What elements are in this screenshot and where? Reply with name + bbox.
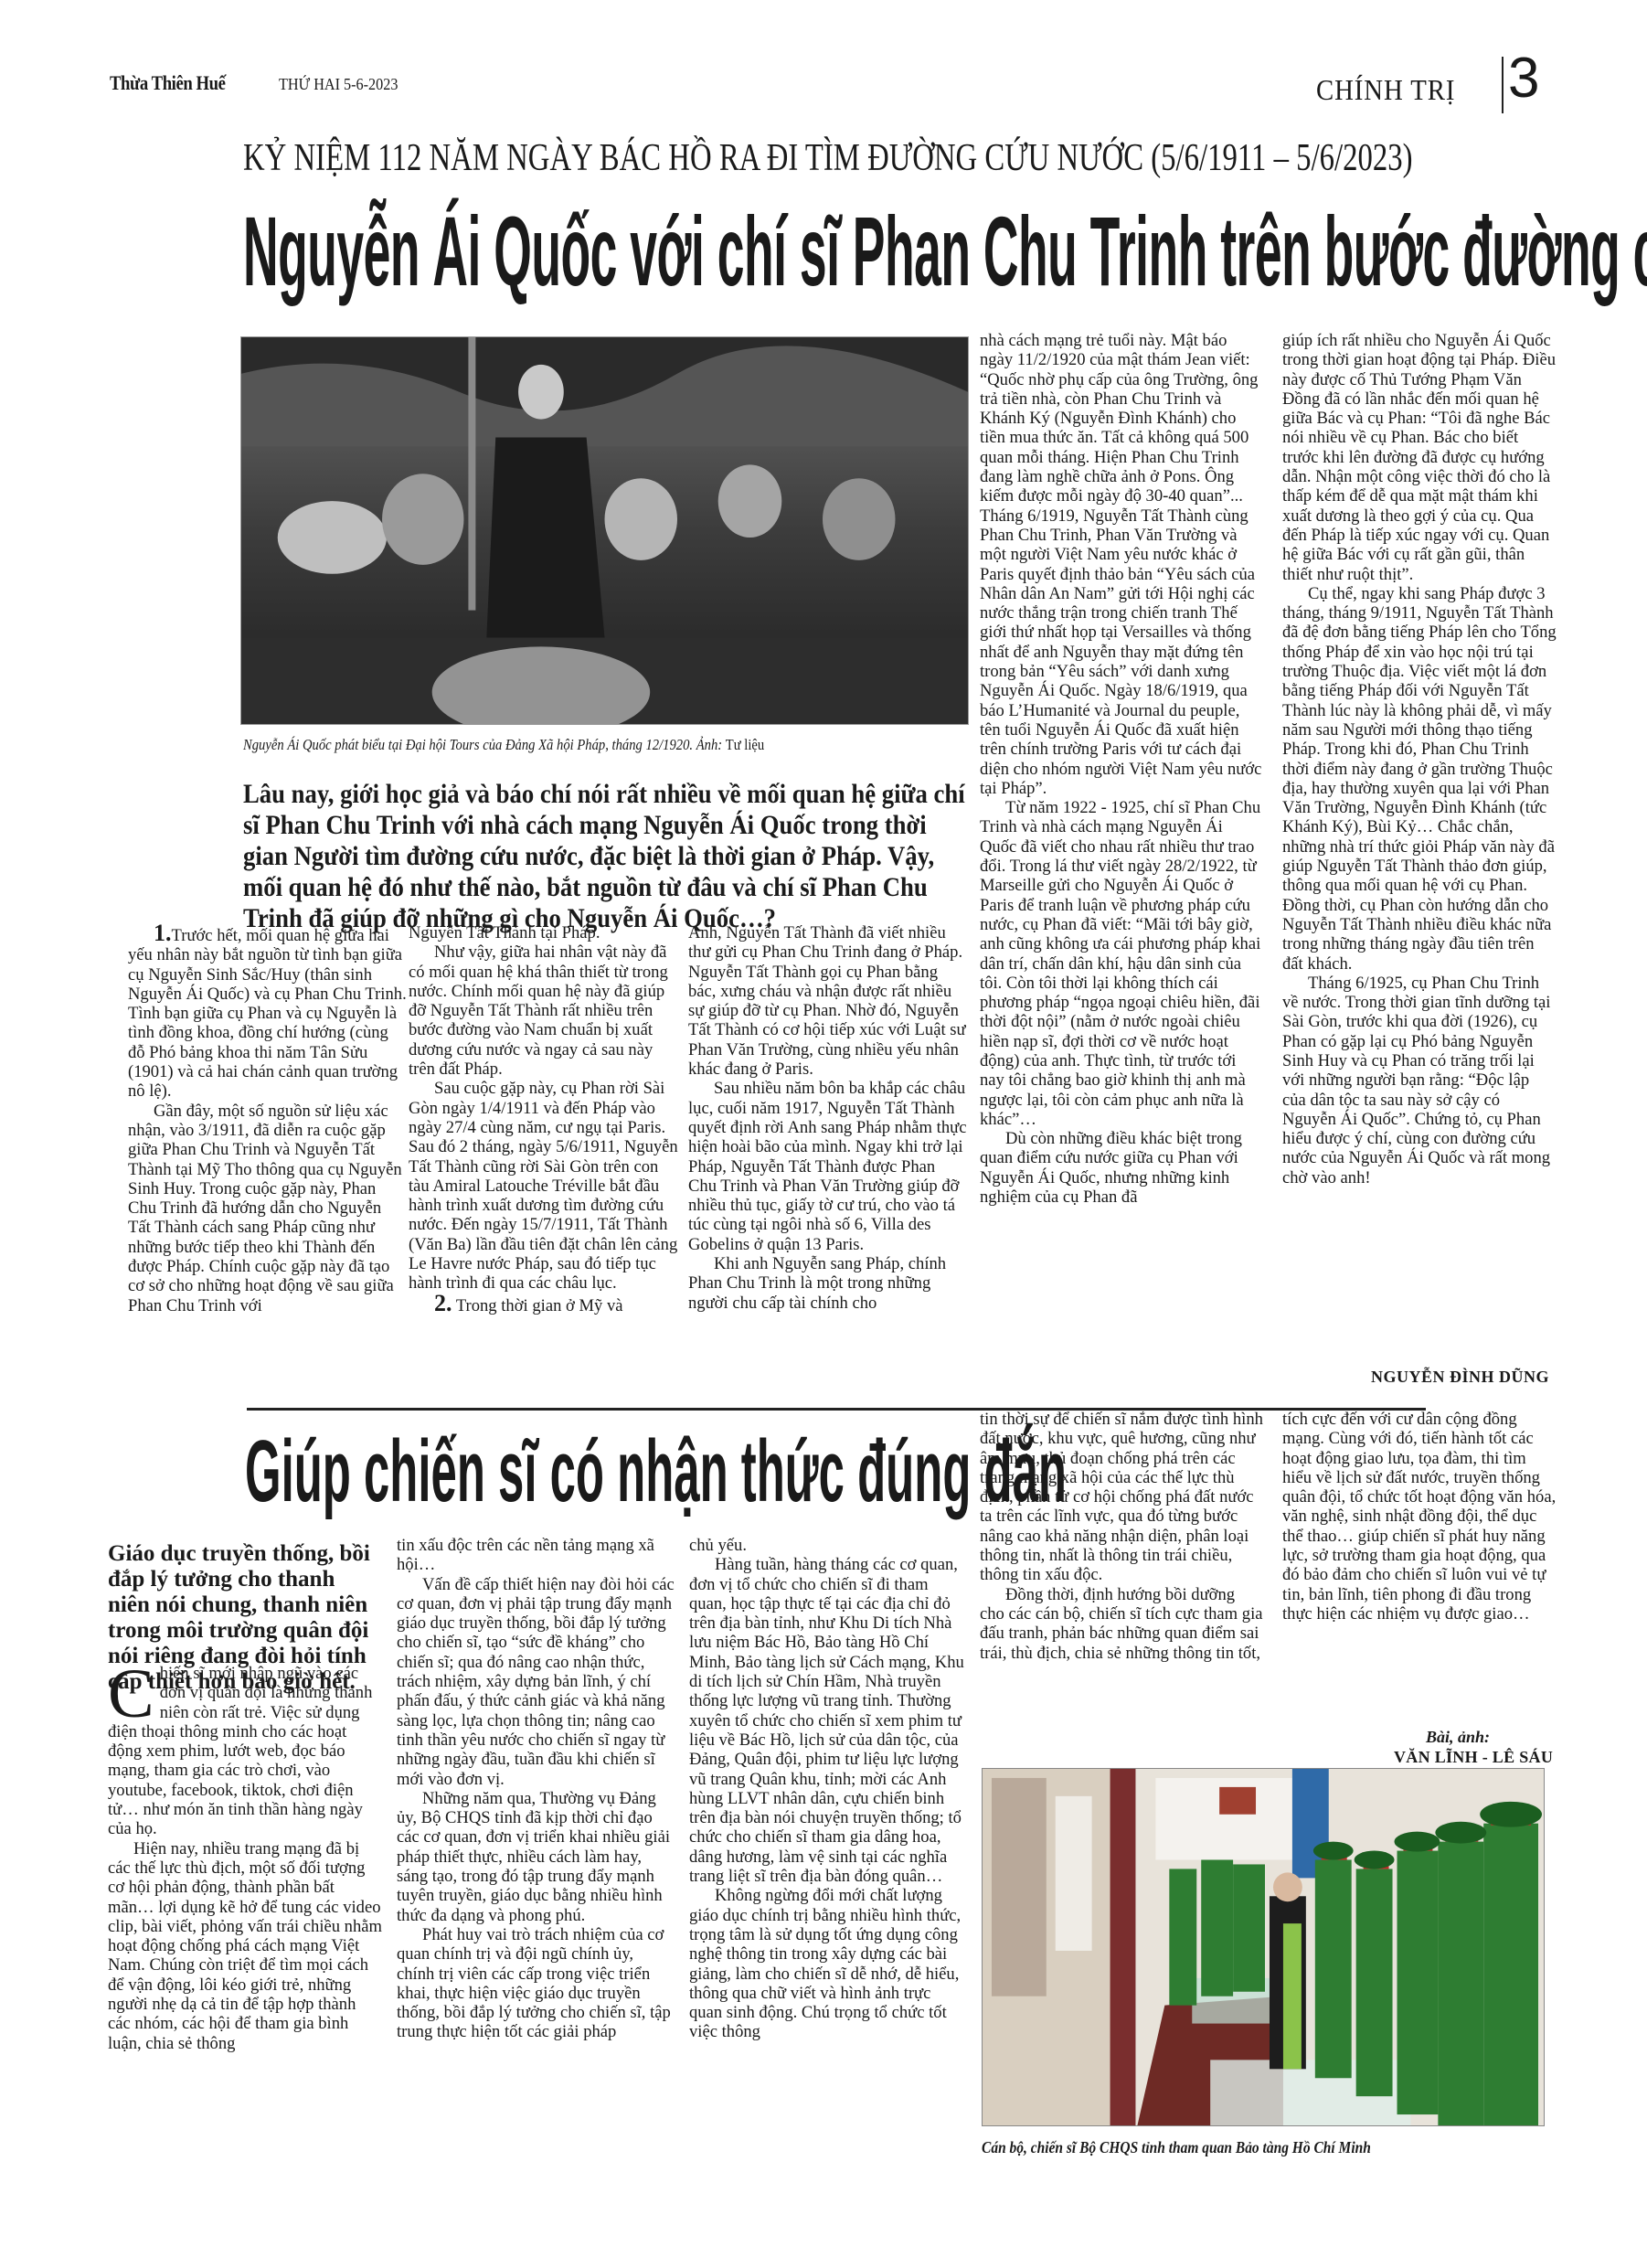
paragraph: Cụ thể, ngay khi sang Pháp được 3 tháng,… xyxy=(1282,584,1557,974)
paragraph: Vấn đề cấp thiết hiện nay đòi hỏi các cơ… xyxy=(397,1575,675,1789)
article1-column-1: 1.Trước hết, mối quan hệ giữa hai yếu nh… xyxy=(128,923,407,1315)
paragraph: Hàng tuần, hàng tháng các cơ quan, đơn v… xyxy=(689,1555,968,1886)
article1-lead: Lâu nay, giới học giả và báo chí nói rất… xyxy=(243,779,975,934)
article1-photo xyxy=(240,336,969,725)
paragraph: Trong thời gian ở Mỹ và xyxy=(456,1296,623,1315)
paragraph: chủ yếu. xyxy=(689,1536,968,1555)
paragraph: Tháng 6/1925, cụ Phan Chu Trinh về nước.… xyxy=(1282,974,1557,1187)
drop-cap: C xyxy=(108,1667,154,1720)
article2-photo-caption: Cán bộ, chiến sĩ Bộ CHQS tỉnh tham quan … xyxy=(982,2138,1371,2157)
paragraph: giúp ích rất nhiều cho Nguyễn Ái Quốc tr… xyxy=(1282,331,1557,584)
article1-column-5: giúp ích rất nhiều cho Nguyễn Ái Quốc tr… xyxy=(1282,331,1557,1187)
paragraph: Dù còn những điều khác biệt trong quan đ… xyxy=(980,1129,1263,1207)
paragraph: tin xấu độc trên các nền tảng mạng xã hộ… xyxy=(397,1536,675,1575)
paragraph: tích cực đến với cư dân cộng đồng mạng. … xyxy=(1282,1410,1557,1624)
article1-headline: Nguyễn Ái Quốc với chí sĩ Phan Chu Trinh… xyxy=(243,199,1647,303)
paragraph: Nguyễn Tất Thành tại Pháp. xyxy=(409,923,683,942)
section-name: CHÍNH TRỊ xyxy=(1316,73,1455,107)
article1-photo-caption: Nguyễn Ái Quốc phát biểu tại Đại hội Tou… xyxy=(243,736,872,754)
article2-column-2: tin xấu độc trên các nền tảng mạng xã hộ… xyxy=(397,1536,675,2042)
paragraph: Hiện nay, nhiều trang mạng đã bị các thế… xyxy=(108,1839,382,2053)
article2-byline: VĂN LĨNH - LÊ SÁU xyxy=(1394,1748,1553,1767)
paragraph: Anh, Nguyễn Tất Thành đã viết nhiều thư … xyxy=(688,923,967,1079)
paragraph: Khi anh Nguyễn sang Pháp, chính Phan Chu… xyxy=(688,1254,967,1313)
historic-photo-placeholder xyxy=(241,337,968,724)
article2-column-4: tin thời sự để chiến sĩ nắm được tình hì… xyxy=(980,1410,1263,1663)
article1-column-3: Anh, Nguyễn Tất Thành đã viết nhiều thư … xyxy=(688,923,967,1313)
caption-text: Nguyễn Ái Quốc phát biểu tại Đại hội Tou… xyxy=(243,736,726,753)
article1-kicker: KỶ NIỆM 112 NĂM NGÀY BÁC HỒ RA ĐI TÌM ĐƯ… xyxy=(243,137,1256,179)
article2-column-3: chủ yếu. Hàng tuần, hàng tháng các cơ qu… xyxy=(689,1536,968,2042)
article2-column-5: tích cực đến với cư dân cộng đồng mạng. … xyxy=(1282,1410,1557,1624)
article1-byline: NGUYỄN ĐÌNH DŨNG xyxy=(1371,1368,1549,1387)
paragraph: Đồng thời, định hướng bồi dưỡng cho các … xyxy=(980,1585,1263,1663)
paragraph: Gần đây, một số nguồn sử liệu xác nhận, … xyxy=(128,1102,407,1315)
museum-photo-placeholder xyxy=(983,1769,1544,2125)
section-number: 1. xyxy=(154,920,172,946)
article2-byline-label: Bài, ảnh: xyxy=(1426,1728,1490,1747)
article1-column-2: Nguyễn Tất Thành tại Pháp. Như vậy, giữa… xyxy=(409,923,683,1315)
caption-credit: Tư liệu xyxy=(726,736,764,753)
paragraph: tin thời sự để chiến sĩ nắm được tình hì… xyxy=(980,1410,1263,1585)
paragraph: Sau nhiều năm bôn ba khắp các châu lục, … xyxy=(688,1079,967,1254)
paragraph: Trước hết, mối quan hệ giữa hai yếu nhân… xyxy=(128,926,407,1101)
paragraph: Phát huy vai trò trách nhiệm của cơ quan… xyxy=(397,1925,675,2042)
paragraph: Như vậy, giữa hai nhân vật này đã có mối… xyxy=(409,942,683,1079)
masthead: Thừa Thiên Huế xyxy=(110,71,226,95)
paragraph: Những năm qua, Thường vụ Đảng ủy, Bộ CHQ… xyxy=(397,1789,675,1925)
article2-headline: Giúp chiến sĩ có nhận thức đúng đắn xyxy=(245,1426,1067,1518)
paragraph: Sau cuộc gặp này, cụ Phan rời Sài Gòn ng… xyxy=(409,1079,683,1293)
paragraph: Từ năm 1922 - 1925, chí sĩ Phan Chu Trin… xyxy=(980,798,1263,1129)
page-number: 3 xyxy=(1508,50,1539,107)
section-number: 2. xyxy=(434,1290,452,1316)
issue-date: THỨ HAI 5-6-2023 xyxy=(279,75,398,94)
paragraph: nhà cách mạng trẻ tuổi này. Mật báo ngày… xyxy=(980,331,1263,798)
paragraph: Không ngừng đổi mới chất lượng giáo dục … xyxy=(689,1886,968,2041)
article2-column-1: Chiến sĩ mới nhập ngũ vào các đơn vị quâ… xyxy=(108,1664,382,2053)
article2-photo xyxy=(982,1768,1545,2126)
section-divider xyxy=(1502,57,1504,113)
article1-column-4: nhà cách mạng trẻ tuổi này. Mật báo ngày… xyxy=(980,331,1263,1207)
